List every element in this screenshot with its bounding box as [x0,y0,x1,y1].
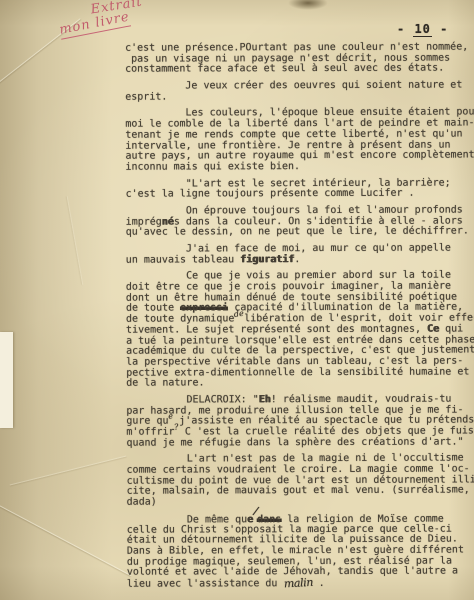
text-line: c'est la ligne toujours présente comme L… [126,189,474,201]
text-line: cite, malsain, de mauvais gout et mal ve… [127,486,474,498]
text-line: un mauvais tableau figuratif. [126,254,474,266]
text-line: Je veux créer des oeuvres qui soient nat… [125,80,474,92]
text-line: inconnu mais qui existe bien. [125,161,474,173]
paper-crease [10,455,127,485]
paragraph: J'ai en face de moi, au mur ce qu'on app… [126,243,474,266]
handwritten-correction: de [234,309,245,321]
overstruck-text: Eh [259,394,271,405]
paragraph: Ce que je vois au premier abord sur la t… [126,271,474,390]
page-number-suffix: - [432,22,448,36]
text-line: de la nature. [126,378,474,390]
paper-backing-strip [0,332,13,428]
typewritten-text: c'est une présence.POurtant pas une coul… [125,42,474,595]
page-number-value: 10 [413,22,431,37]
paper-crease [67,196,84,285]
paragraph: On éprouve toujours la foi et l'amour pr… [126,205,474,238]
overstruck-text: Ce [427,323,439,334]
page-number-prefix: - [397,22,413,36]
scanned-page: Extrait mon livre - 10 - c'est une prése… [0,0,474,600]
handwritten-mark: ∕ [252,506,258,517]
paragraph: Je veux créer des oeuvres qui soient nat… [125,80,474,103]
text-line: dada) [127,496,474,508]
handwritten-note-line2: mon livre [58,10,131,39]
text-line: constamment face aface et seul à seul av… [125,64,474,76]
paragraph: DELACROIX: "Eh! réalisme maudit, voudrai… [126,394,474,449]
handwritten-word: malin [283,578,313,590]
page-number: - 10 - [397,22,448,36]
text-line: lieu avec l'assistance du malin . [127,577,474,589]
handwritten-note: Extrait mon livre [56,0,146,39]
paper-crease [0,505,131,576]
paragraph: Les couleurs, l'époque bleue ensuite éta… [125,108,474,174]
overstruck-text: né [162,216,174,227]
paragraph: De même que∕dans la religion de Moïse co… [127,513,474,589]
text-line: quand je me réfugie dans la sphère des c… [126,437,474,449]
paper-stain [288,0,328,10]
text-line: qu'avec le dessin, on ne peut que le lir… [126,227,474,239]
text-line: esprit. [125,91,474,103]
paragraph: c'est une présence.POurtant pas une coul… [125,42,474,75]
overstruck-text: figuratif [240,254,294,265]
paragraph: "L'art est le secret intérieur, la barri… [126,178,474,201]
struck-out-word: expressi [180,303,228,314]
paragraph: L'art n'est pas de la magie ni de l'occu… [126,454,474,509]
